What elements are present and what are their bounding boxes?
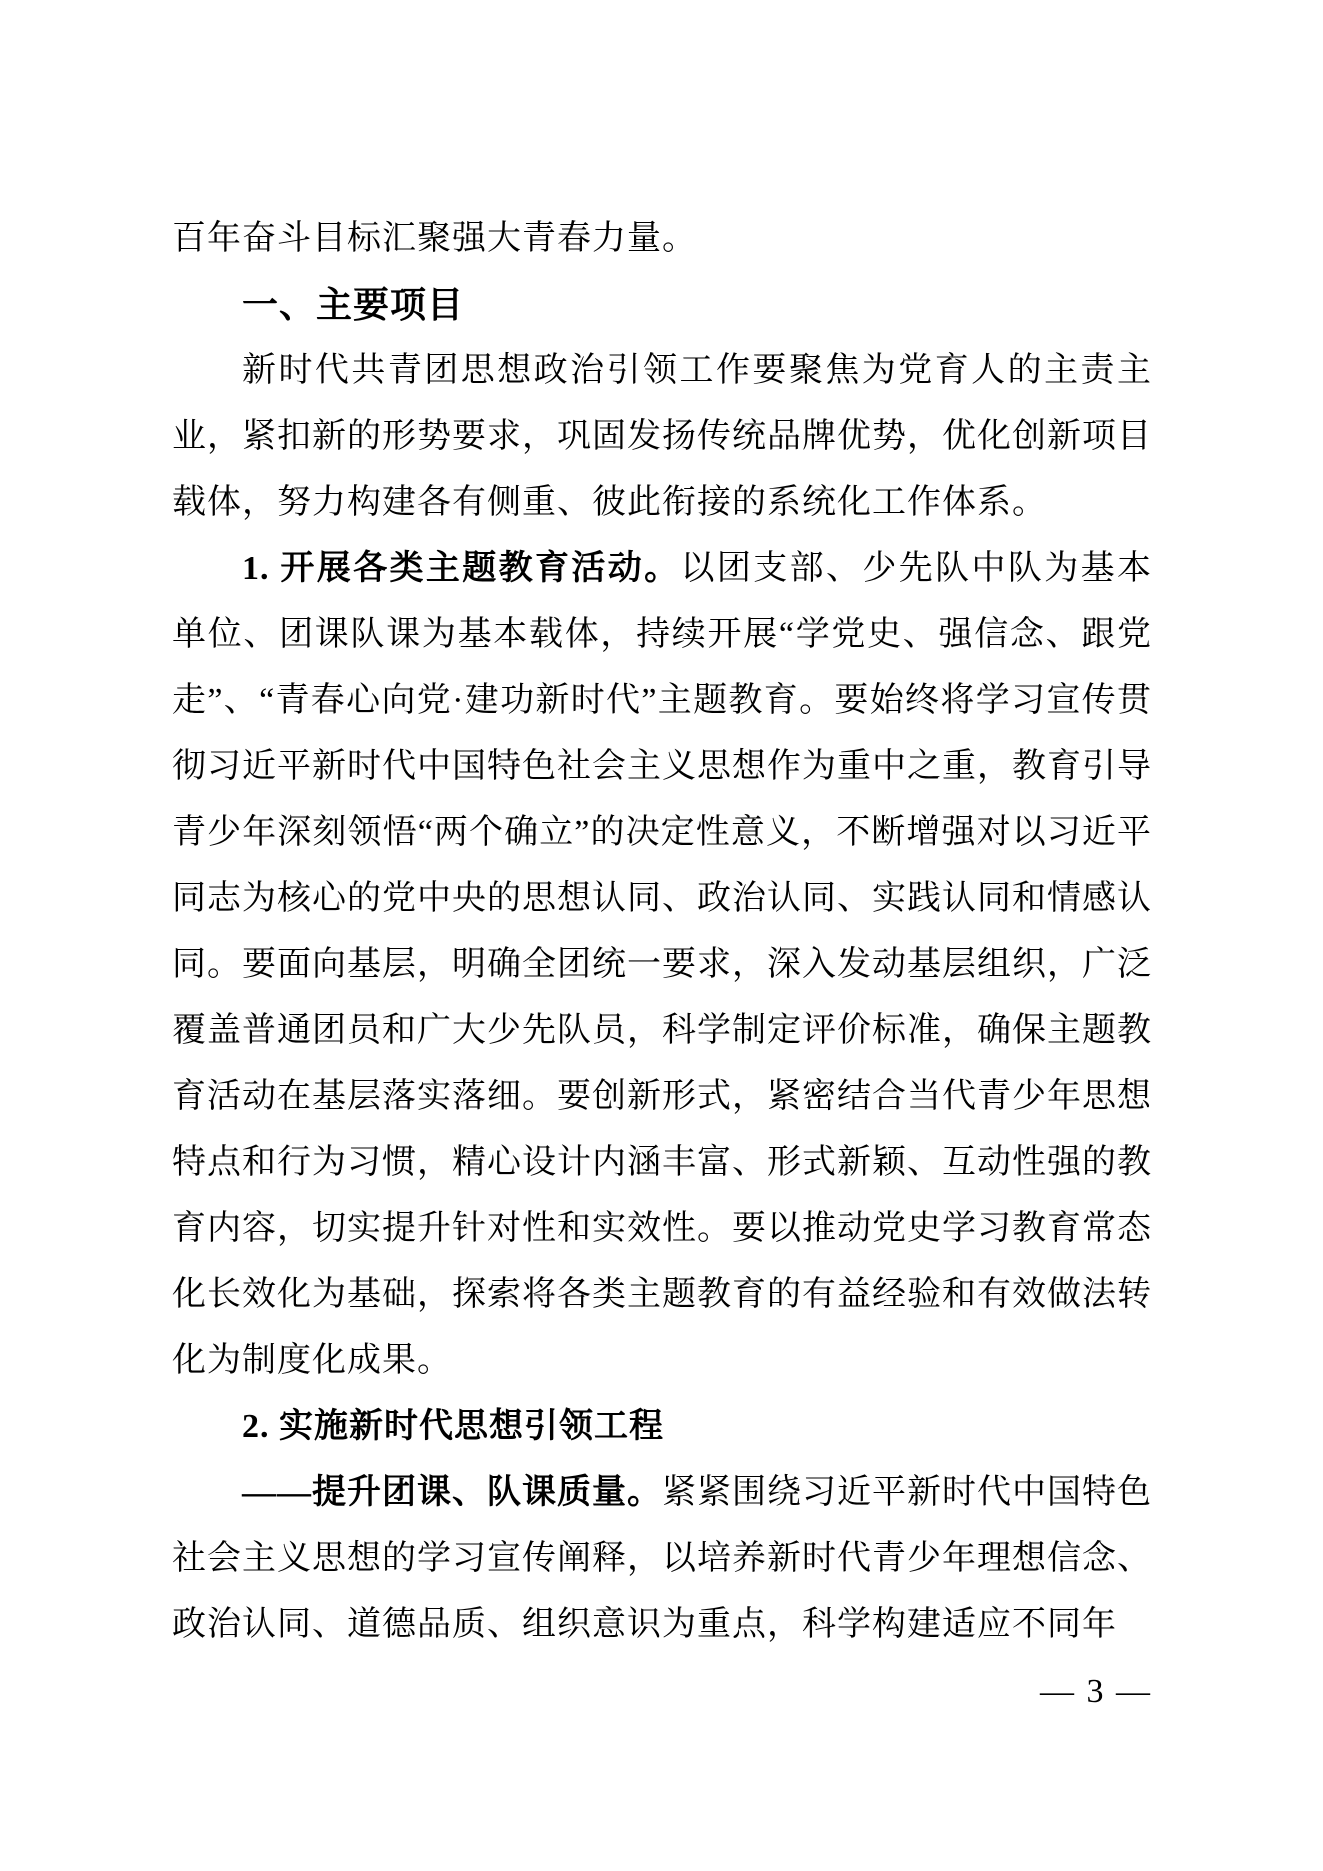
paragraph-item1: 1. 开展各类主题教育活动。以团支部、少先队中队为基本单位、团课队课为基本载体，… — [172, 536, 1152, 1394]
section-heading: 一、主要项目 — [172, 272, 1152, 338]
paragraph-item2-sub: ——提升团课、队课质量。紧紧围绕习近平新时代中国特色社会主义思想的学习宣传阐释，… — [172, 1460, 1152, 1658]
page-number: — 3 — — [1040, 1672, 1152, 1712]
document-body: 百年奋斗目标汇聚强大青春力量。 一、主要项目 新时代共青团思想政治引领工作要聚焦… — [172, 206, 1152, 1658]
document-page: 百年奋斗目标汇聚强大青春力量。 一、主要项目 新时代共青团思想政治引领工作要聚焦… — [0, 0, 1323, 1871]
item1-lead: 1. 开展各类主题教育活动。 — [242, 550, 681, 587]
paragraph-intro: 新时代共青团思想政治引领工作要聚焦为党育人的主责主业，紧扣新的形势要求，巩固发扬… — [172, 338, 1152, 536]
item2-heading: 2. 实施新时代思想引领工程 — [172, 1394, 1152, 1460]
paragraph-continuation: 百年奋斗目标汇聚强大青春力量。 — [172, 206, 1152, 272]
item1-body: 以团支部、少先队中队为基本单位、团课队课为基本载体，持续开展“学党史、强信念、跟… — [172, 550, 1152, 1379]
item2-sub-lead: ——提升团课、队课质量。 — [242, 1474, 662, 1511]
